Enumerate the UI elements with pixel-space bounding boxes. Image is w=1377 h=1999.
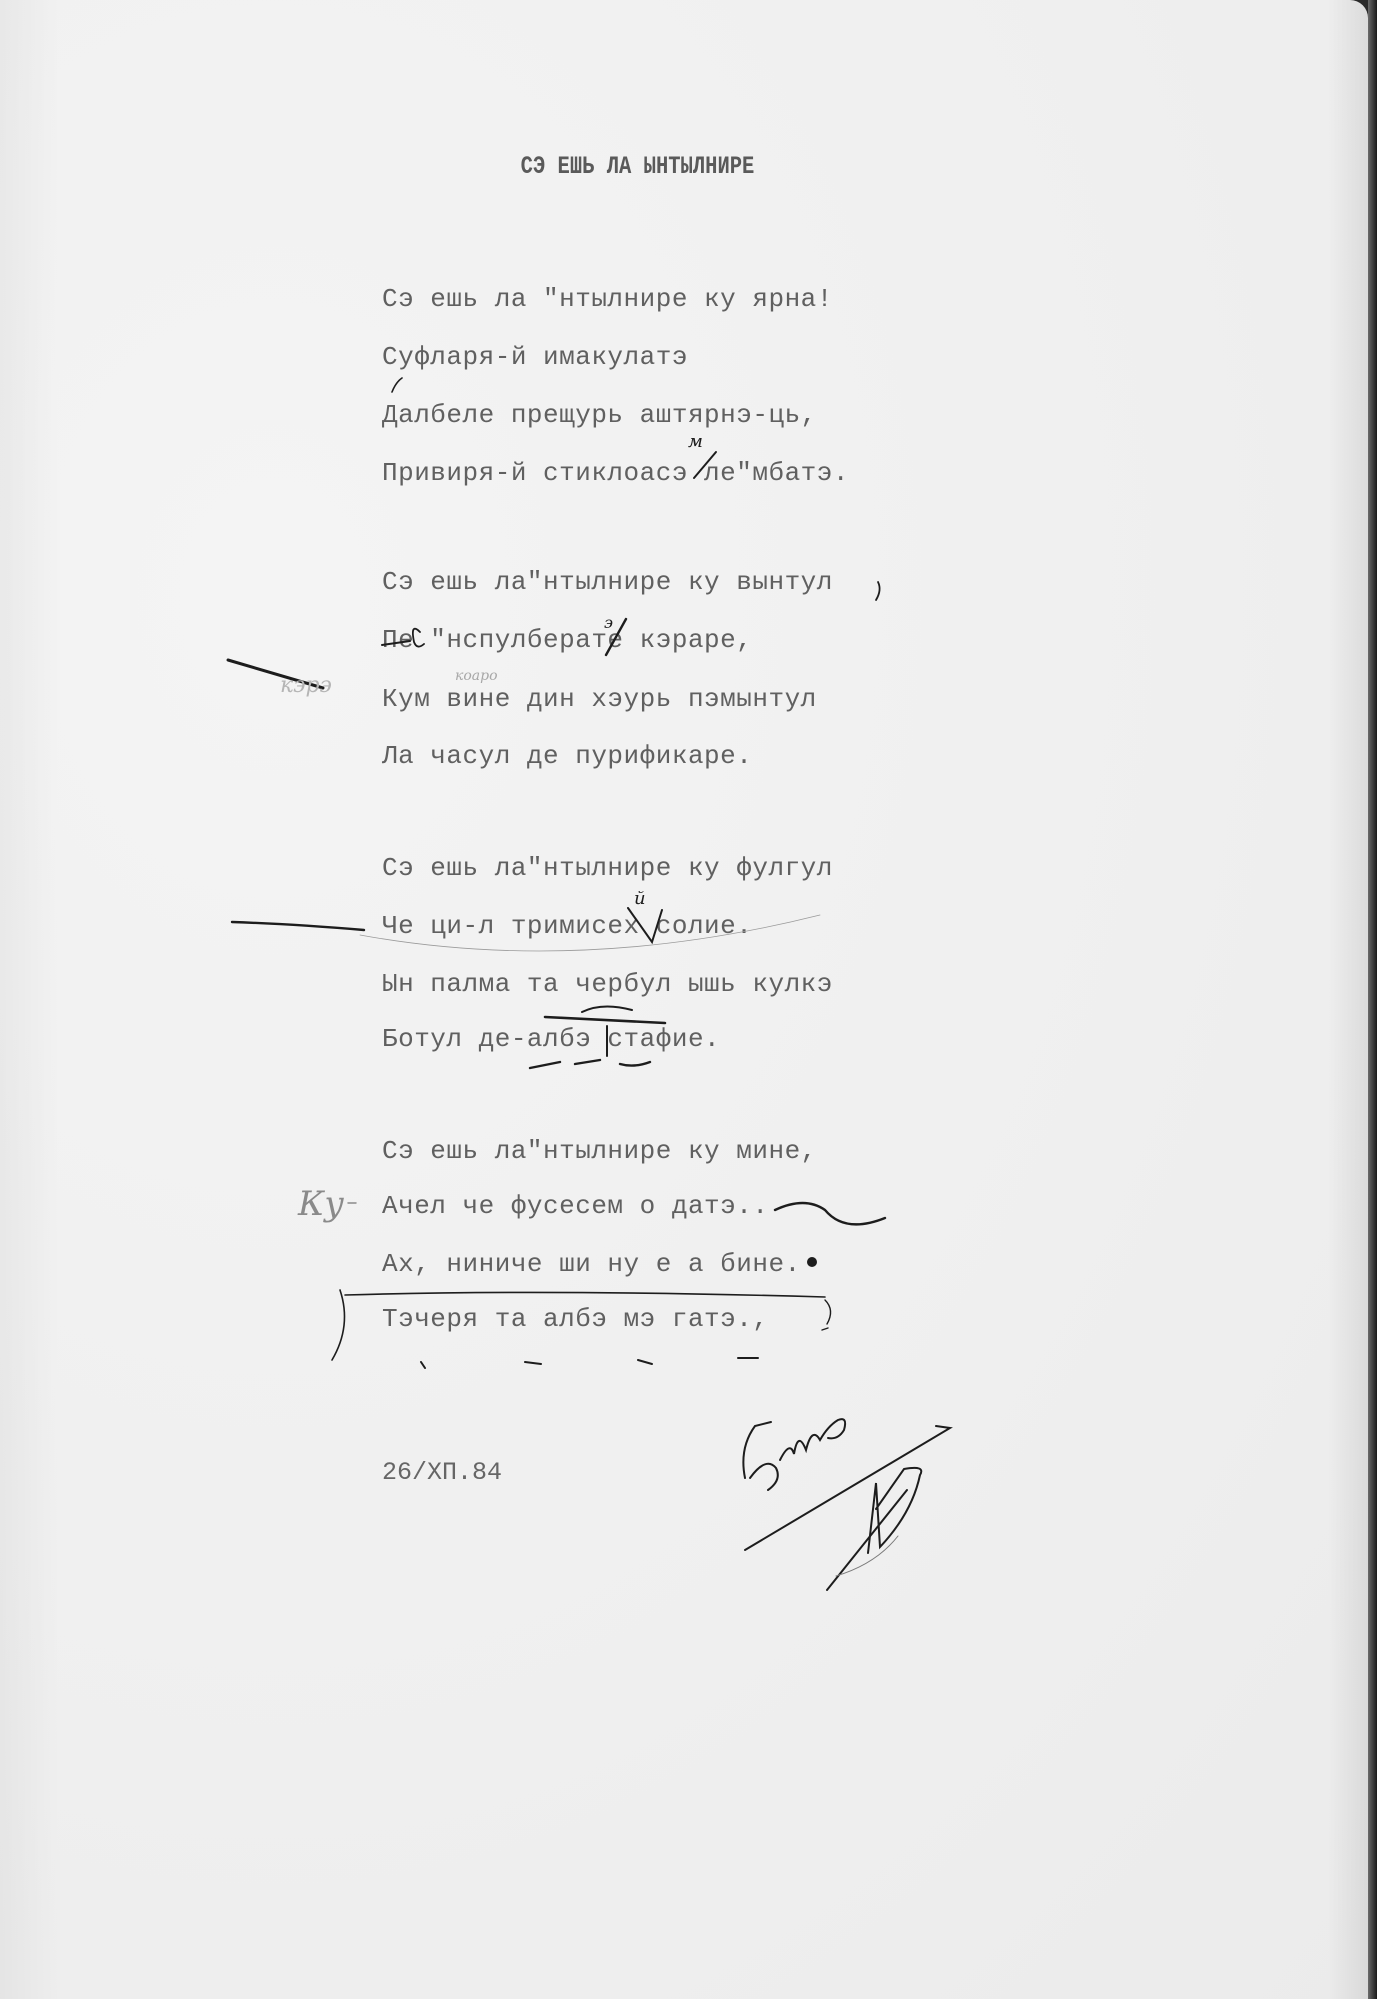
stanza-3-line-3: Ын палма та чербул ышь кулкэ bbox=[382, 969, 833, 999]
poem-title: СЭ ЕШЬ ЛА ЫНТЫЛНИРЕ bbox=[115, 152, 1161, 181]
stanza-4-line-1: Сэ ешь ла"нтылнире ку мине, bbox=[382, 1136, 817, 1166]
stanza-3-line-4: Ботул де-албэ стафие. bbox=[382, 1024, 720, 1054]
stanza-1-line-3: Далбеле прещурь аштярнэ-ць, bbox=[382, 400, 817, 430]
page-edge-shadow bbox=[1368, 0, 1377, 1999]
stanza-3-line-2: Че ци-л тримисех солие. bbox=[382, 911, 752, 941]
document-page: СЭ ЕШЬ ЛА ЫНТЫЛНИРЕ Сэ ешь ла "нтылнире … bbox=[0, 0, 1368, 1999]
stanza-4-line-4: Тэчеря та албэ мэ гатэ., bbox=[382, 1304, 768, 1334]
stanza-2-line-1: Сэ ешь ла"нтылнире ку вынтул bbox=[382, 567, 833, 597]
signature bbox=[743, 1419, 950, 1590]
svg-text:кэрэ: кэрэ bbox=[280, 673, 332, 698]
stanza-4-line-3: Ах, ниниче ши ну е а бине. bbox=[382, 1249, 801, 1279]
stanza-2-line-4: Ла часул де пурификаре. bbox=[382, 741, 752, 771]
stanza-4-line-2: Ачел че фусесем о датэ.. bbox=[382, 1191, 768, 1221]
accent-mark bbox=[392, 378, 402, 392]
svg-text:м: м bbox=[688, 431, 703, 452]
svg-text:Ку: Ку bbox=[297, 1184, 344, 1224]
stanza-3-line-1: Сэ ешь ла"нтылнире ку фулгул bbox=[382, 853, 833, 883]
stanza-1-line-2: Суфларя-й имакулатэ bbox=[382, 342, 688, 372]
stanza-1-line-4: Привиря-й стиклоасэ ле"мбатэ. bbox=[382, 458, 849, 488]
stanza-2-line-2: Пе "нспулберате кэраре, bbox=[382, 625, 752, 655]
date-stamp: 26/ХП.84 bbox=[382, 1458, 502, 1487]
svg-text:коаро: коаро bbox=[455, 668, 498, 684]
svg-text:й: й bbox=[634, 888, 646, 909]
stanza-1-line-1: Сэ ешь ла "нтылнире ку ярна! bbox=[382, 284, 833, 314]
stanza-2-line-3: Кум вине дин хэурь пэмынтул bbox=[382, 684, 817, 714]
